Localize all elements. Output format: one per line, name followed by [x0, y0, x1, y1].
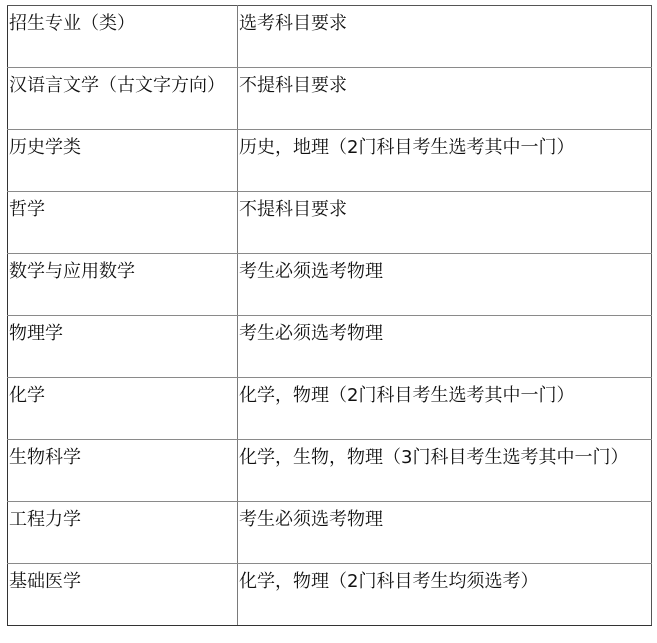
- table-row: 数学与应用数学 考生必须选考物理: [8, 254, 652, 316]
- table-row: 哲学 不提科目要求: [8, 192, 652, 254]
- cell-major: 生物科学: [8, 440, 238, 502]
- cell-requirement: 考生必须选考物理: [238, 502, 652, 564]
- cell-requirement: 不提科目要求: [238, 68, 652, 130]
- table-row: 历史学类 历史，地理（2门科目考生选考其中一门）: [8, 130, 652, 192]
- cell-requirement: 考生必须选考物理: [238, 316, 652, 378]
- cell-requirement: 化学，物理（2门科目考生均须选考）: [238, 564, 652, 626]
- cell-requirement: 化学，生物，物理（3门科目考生选考其中一门）: [238, 440, 652, 502]
- table-header-row: 招生专业（类） 选考科目要求: [8, 6, 652, 68]
- cell-major: 化学: [8, 378, 238, 440]
- table-row: 汉语言文学（古文字方向） 不提科目要求: [8, 68, 652, 130]
- cell-major: 物理学: [8, 316, 238, 378]
- subject-requirements-table: 招生专业（类） 选考科目要求 汉语言文学（古文字方向） 不提科目要求 历史学类 …: [7, 5, 652, 626]
- header-major: 招生专业（类）: [8, 6, 238, 68]
- cell-major: 汉语言文学（古文字方向）: [8, 68, 238, 130]
- cell-requirement: 历史，地理（2门科目考生选考其中一门）: [238, 130, 652, 192]
- table-row: 化学 化学，物理（2门科目考生选考其中一门）: [8, 378, 652, 440]
- header-requirement: 选考科目要求: [238, 6, 652, 68]
- cell-major: 哲学: [8, 192, 238, 254]
- cell-major: 数学与应用数学: [8, 254, 238, 316]
- table-row: 基础医学 化学，物理（2门科目考生均须选考）: [8, 564, 652, 626]
- cell-requirement: 化学，物理（2门科目考生选考其中一门）: [238, 378, 652, 440]
- table-row: 物理学 考生必须选考物理: [8, 316, 652, 378]
- cell-major: 基础医学: [8, 564, 238, 626]
- cell-requirement: 考生必须选考物理: [238, 254, 652, 316]
- table-row: 生物科学 化学，生物，物理（3门科目考生选考其中一门）: [8, 440, 652, 502]
- cell-requirement: 不提科目要求: [238, 192, 652, 254]
- subject-requirements-table-container: 招生专业（类） 选考科目要求 汉语言文学（古文字方向） 不提科目要求 历史学类 …: [7, 5, 652, 626]
- cell-major: 历史学类: [8, 130, 238, 192]
- cell-major: 工程力学: [8, 502, 238, 564]
- table-row: 工程力学 考生必须选考物理: [8, 502, 652, 564]
